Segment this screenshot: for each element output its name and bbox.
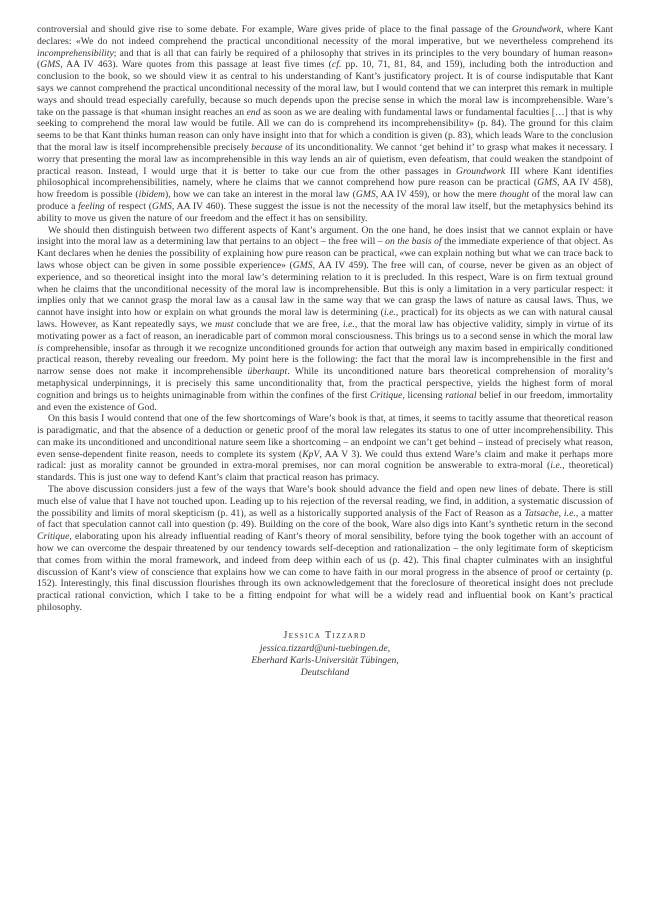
italic-text-run: feeling xyxy=(78,201,104,212)
author-name: Jessica Tizzard xyxy=(37,630,613,642)
italic-text-run: KpV xyxy=(302,449,319,460)
italic-text-run: i.e. xyxy=(550,460,562,471)
italic-text-run: thought xyxy=(499,189,529,200)
paragraph: The above discussion considers just a fe… xyxy=(37,484,613,614)
text-run: , AA IV 459), or how the mere xyxy=(376,189,500,200)
italic-text-run: on the basis of xyxy=(385,236,442,247)
text-run: , elaborating upon his already influenti… xyxy=(37,531,613,613)
italic-text-run: because xyxy=(251,142,282,153)
text-run: , AA IV 463). Ware quotes from this pass… xyxy=(60,59,332,70)
italic-text-run: GMS xyxy=(356,189,376,200)
text-run: of respect ( xyxy=(105,201,152,212)
paragraph: We should then distinguish between two d… xyxy=(37,225,613,414)
document-page: controversial and should give rise to so… xyxy=(0,0,650,920)
signature-block: Jessica Tizzard jessica.tizzard@uni-tueb… xyxy=(37,630,613,680)
text-run: conclude that we are free, xyxy=(233,319,343,330)
italic-text-run: Critique xyxy=(370,390,402,401)
text-run: controversial and should give rise to so… xyxy=(37,24,512,35)
italic-text-run: GMS xyxy=(293,260,313,271)
italic-text-run: GMS xyxy=(40,59,60,70)
italic-text-run: Groundwork xyxy=(512,24,561,35)
author-country: Deutschland xyxy=(37,667,613,679)
author-affiliation: Eberhard Karls-Universität Tübingen, xyxy=(37,655,613,667)
italic-text-run: ibidem xyxy=(139,189,165,200)
italic-text-run: Tatsache xyxy=(524,508,558,519)
article-body: controversial and should give rise to so… xyxy=(37,24,613,614)
italic-text-run: GMS xyxy=(152,201,172,212)
paragraph: controversial and should give rise to so… xyxy=(37,24,613,225)
page-content: controversial and should give rise to so… xyxy=(37,24,613,680)
italic-text-run: überhaupt xyxy=(248,366,288,377)
text-run: ), how we can take an interest in the mo… xyxy=(165,189,356,200)
italic-text-run: i.e. xyxy=(343,319,355,330)
italic-text-run: Groundwork xyxy=(456,166,505,177)
paragraph: On this basis I would contend that one o… xyxy=(37,413,613,484)
text-run: , licensing xyxy=(402,390,445,401)
italic-text-run: end xyxy=(247,107,261,118)
author-email: jessica.tizzard@uni-tuebingen.de, xyxy=(37,643,613,655)
italic-text-run: cf. xyxy=(332,59,341,70)
italic-text-run: must xyxy=(215,319,233,330)
italic-text-run: i.e. xyxy=(384,307,396,318)
italic-text-run: Critique xyxy=(37,531,69,542)
italic-text-run: i.e. xyxy=(564,508,576,519)
italic-text-run: GMS xyxy=(537,177,557,188)
italic-text-run: incomprehensibility xyxy=(37,48,114,59)
italic-text-run: rational xyxy=(445,390,476,401)
